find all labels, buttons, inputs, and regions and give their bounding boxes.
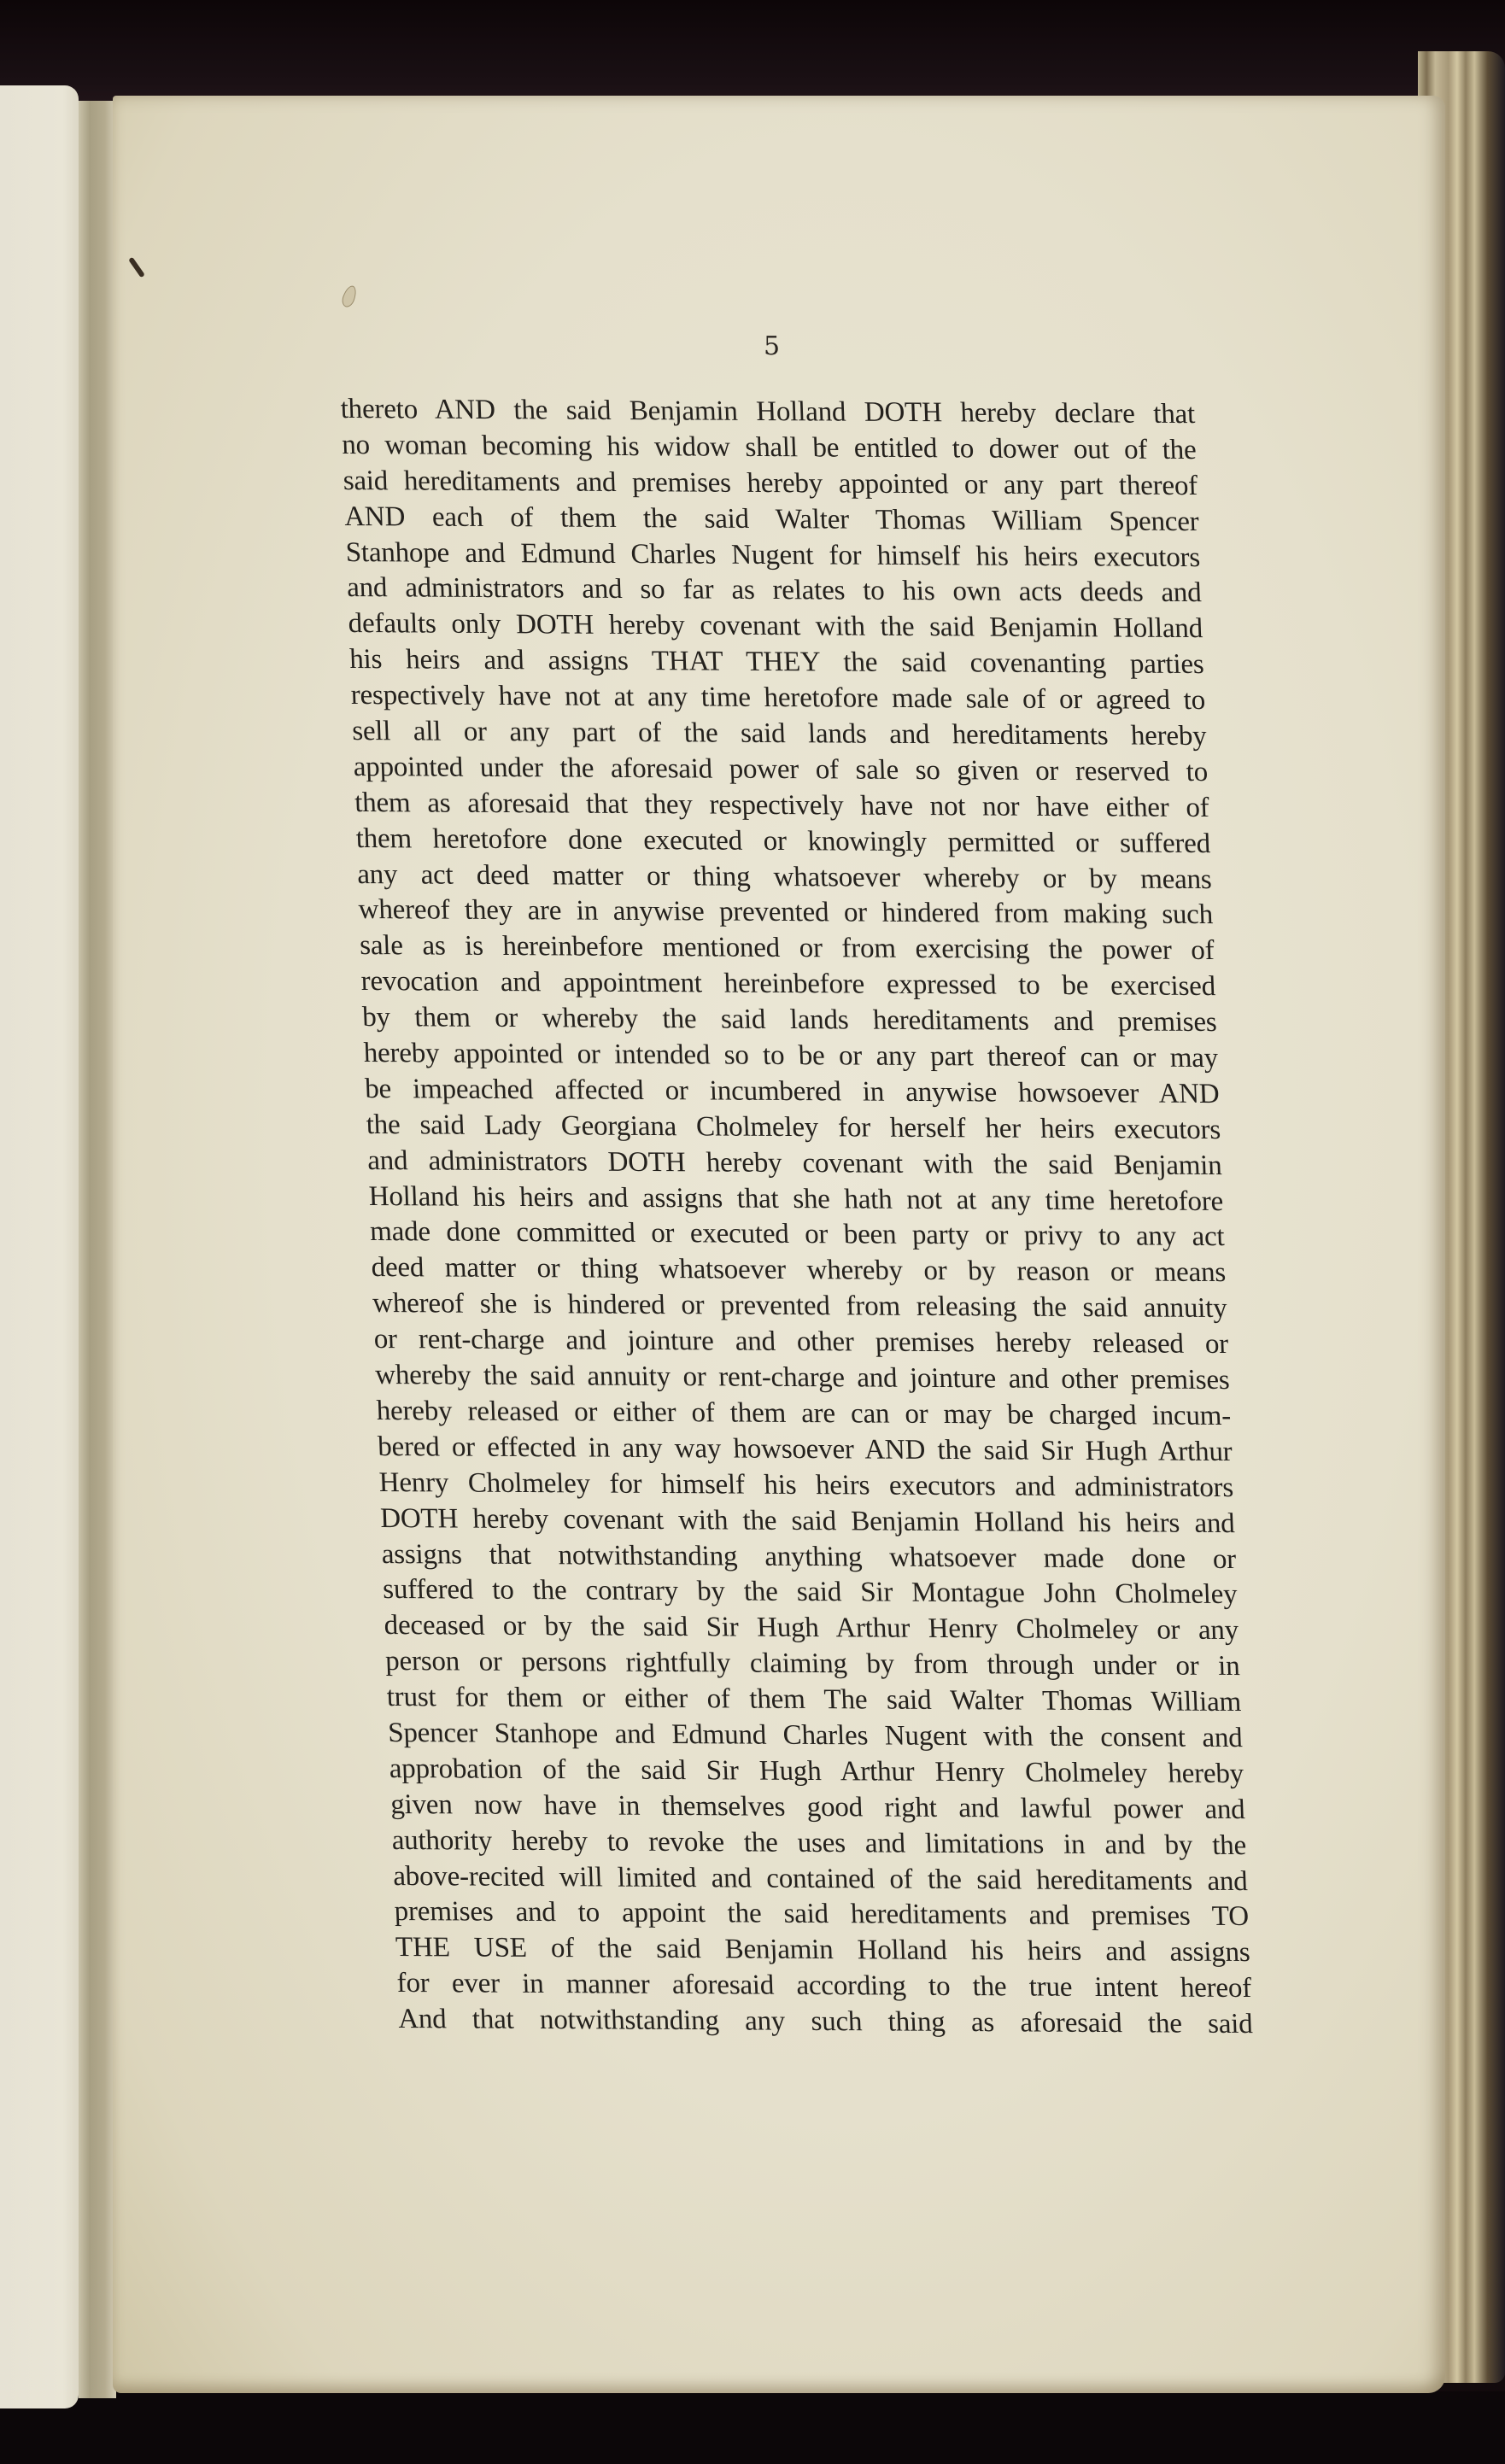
book-gutter [79,101,116,2398]
page-number: 5 [764,331,780,361]
text-line: no woman becoming his widow shall be ent… [341,428,1197,469]
text-line: given now have in themselves good right … [389,1788,1245,1829]
text-line: whereby the said annuity or rent-charge … [374,1358,1230,1399]
text-line: premises and to appoint the said heredit… [394,1894,1250,1935]
text-line: And that notwithstanding any such thing … [397,2002,1253,2043]
text-line: approbation of the said Sir Hugh Arthur … [389,1752,1244,1793]
text-line: appointed under the aforesaid power of s… [353,750,1209,791]
text-line: DOTH hereby covenant with the said Benja… [379,1501,1235,1542]
text-line: made done committed or executed or been … [369,1214,1225,1255]
text-line: above-recited will limited and contained… [392,1858,1248,1899]
text-line: sell all or any part of the said lands a… [351,714,1207,755]
text-line: or rent-charge and jointure and other pr… [373,1322,1229,1363]
text-line: hereby appointed or intended so to be or… [363,1036,1219,1077]
text-line: whereof they are in anywise prevented or… [358,893,1214,934]
text-line: Holland his heirs and assigns that she h… [368,1179,1224,1220]
text-line: authority hereby to revoke the uses and … [391,1823,1247,1864]
text-line: sale as is hereinbefore mentioned or fro… [359,928,1215,969]
text-line: deed matter or thing whatsoever whereby … [371,1250,1227,1291]
book-cover-top [0,0,1505,102]
text-line: trust for them or either of them The sai… [386,1680,1242,1721]
text-line: suffered to the contrary by the said Sir… [382,1572,1238,1613]
facing-page-edge [0,85,79,2408]
text-line: be impeached affected or incumbered in a… [364,1072,1220,1113]
book-cover-bottom [0,2391,1505,2464]
text-line: bered or effected in any way howsoever A… [377,1430,1233,1471]
text-line: Stanhope and Edmund Charles Nugent for h… [345,536,1201,576]
text-line: Henry Cholmeley for himself his heirs ex… [378,1466,1234,1507]
text-line: deceased or by the said Sir Hugh Arthur … [384,1608,1239,1649]
text-line: them heretofore done executed or knowing… [355,822,1211,863]
text-line: the said Lady Georgiana Cholmeley for he… [366,1108,1221,1149]
text-line: person or persons rightfully claiming by… [384,1644,1240,1685]
text-line: revocation and appointment hereinbefore … [360,964,1216,1005]
text-line: said hereditaments and premises hereby a… [343,464,1198,505]
text-line: whereof she is hindered or prevented fro… [372,1286,1227,1327]
text-line: by them or whereby the said lands heredi… [361,1000,1217,1041]
text-line: thereto AND the said Benjamin Holland DO… [340,392,1196,433]
body-text: thereto AND the said Benjamin Holland DO… [340,392,1253,2043]
text-line: respectively have not at any time hereto… [350,678,1206,719]
text-line: assigns that notwithstanding anything wh… [381,1536,1237,1577]
text-line: his heirs and assigns THAT THEY the said… [348,642,1204,683]
text-line: for ever in manner aforesaid according t… [396,1966,1252,2007]
text-line: Spencer Stanhope and Edmund Charles Nuge… [387,1716,1243,1757]
text-line: any act deed matter or thing whatsoever … [356,857,1212,898]
text-line: defaults only DOTH hereby covenant with … [348,606,1203,647]
text-line: them as aforesaid that they respectively… [354,786,1209,827]
text-line: and administrators and so far as relates… [346,571,1202,612]
text-line: hereby released or either of them are ca… [376,1394,1232,1435]
text-line: and administrators DOTH hereby covenant … [366,1144,1222,1185]
text-line: THE USE of the said Benjamin Holland his… [395,1930,1250,1971]
text-line: AND each of them the said Walter Thomas … [343,500,1199,541]
